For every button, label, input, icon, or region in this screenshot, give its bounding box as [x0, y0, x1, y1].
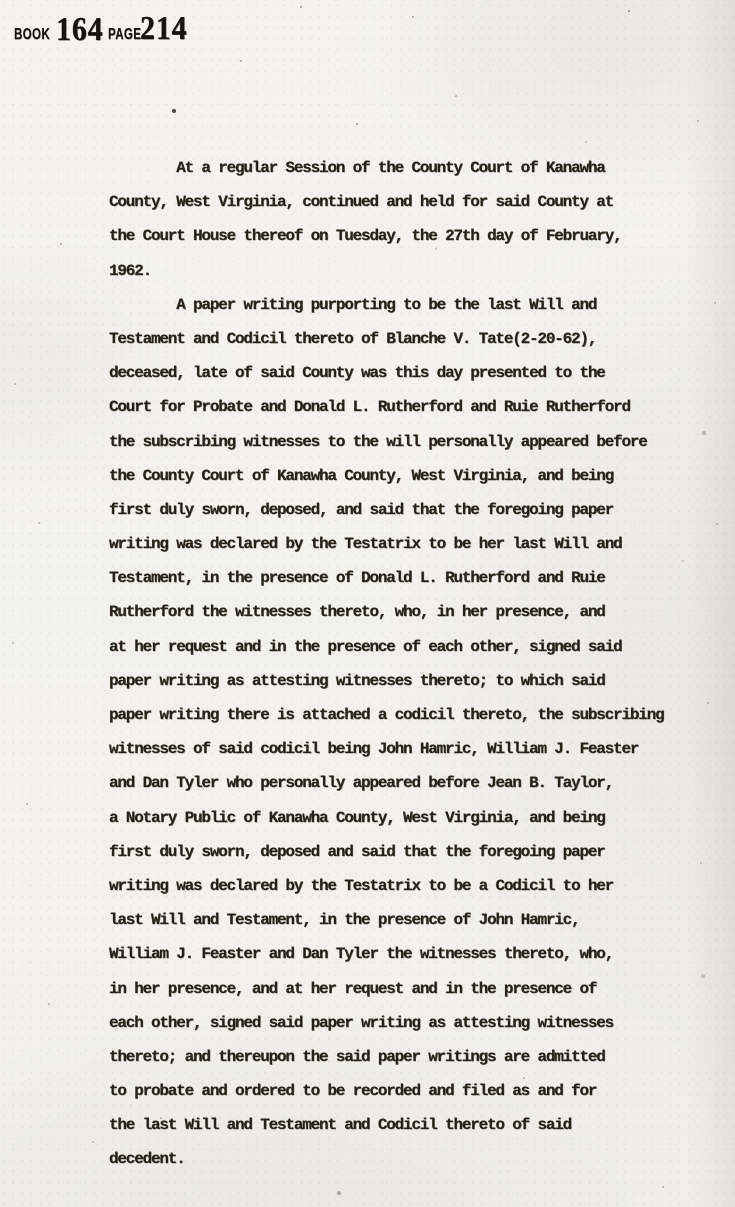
- text-line: at her request and in the presence of ea…: [109, 630, 689, 664]
- text-line: paper writing there is attached a codici…: [109, 698, 689, 732]
- text-line: thereto; and thereupon the said paper wr…: [109, 1040, 689, 1074]
- text-line: the Court House thereof on Tuesday, the …: [109, 219, 689, 253]
- text-line: 1962.: [109, 254, 689, 288]
- paper-specks: [0, 0, 2, 2]
- text-line: witnesses of said codicil being John Ham…: [109, 732, 689, 766]
- text-line: writing was declared by the Testatrix to…: [109, 527, 689, 561]
- text-line: first duly sworn, deposed, and said that…: [109, 493, 689, 527]
- text-line: each other, signed said paper writing as…: [109, 1006, 689, 1040]
- text-line: and Dan Tyler who personally appeared be…: [109, 766, 689, 800]
- text-line: At a regular Session of the County Court…: [109, 151, 689, 185]
- text-line: writing was declared by the Testatrix to…: [109, 869, 689, 903]
- text-line: the County Court of Kanawha County, West…: [109, 459, 689, 493]
- text-line: County, West Virginia, continued and hel…: [109, 185, 689, 219]
- text-line: Court for Probate and Donald L. Rutherfo…: [109, 390, 689, 424]
- text-line: decedent.: [109, 1142, 689, 1176]
- text-line: first duly sworn, deposed and said that …: [109, 835, 689, 869]
- text-line: A paper writing purporting to be the las…: [109, 288, 689, 322]
- text-line: William J. Feaster and Dan Tyler the wit…: [109, 937, 689, 971]
- text-line: the subscribing witnesses to the will pe…: [109, 425, 689, 459]
- book-stamp-label: BOOK: [14, 26, 50, 44]
- text-line: last Will and Testament, in the presence…: [109, 903, 689, 937]
- scanned-document-page: BOOK 164 PAGE 214 At a regular Session o…: [0, 0, 735, 1207]
- text-line: Rutherford the witnesses thereto, who, i…: [109, 595, 689, 629]
- text-line: Testament and Codicil thereto of Blanche…: [109, 322, 689, 356]
- text-line: to probate and ordered to be recorded an…: [109, 1074, 689, 1108]
- book-stamp-number: 164: [56, 11, 104, 49]
- text-line: in her presence, and at her request and …: [109, 972, 689, 1006]
- page-stamp-label: PAGE: [108, 26, 141, 44]
- page-stamp-number: 214: [140, 10, 188, 48]
- text-line: a Notary Public of Kanawha County, West …: [109, 801, 689, 835]
- text-line: Testament, in the presence of Donald L. …: [109, 561, 689, 595]
- text-line: paper writing as attesting witnesses the…: [109, 664, 689, 698]
- text-line: the last Will and Testament and Codicil …: [109, 1108, 689, 1142]
- text-line: deceased, late of said County was this d…: [109, 356, 689, 390]
- document-lines: At a regular Session of the County Court…: [109, 151, 689, 1177]
